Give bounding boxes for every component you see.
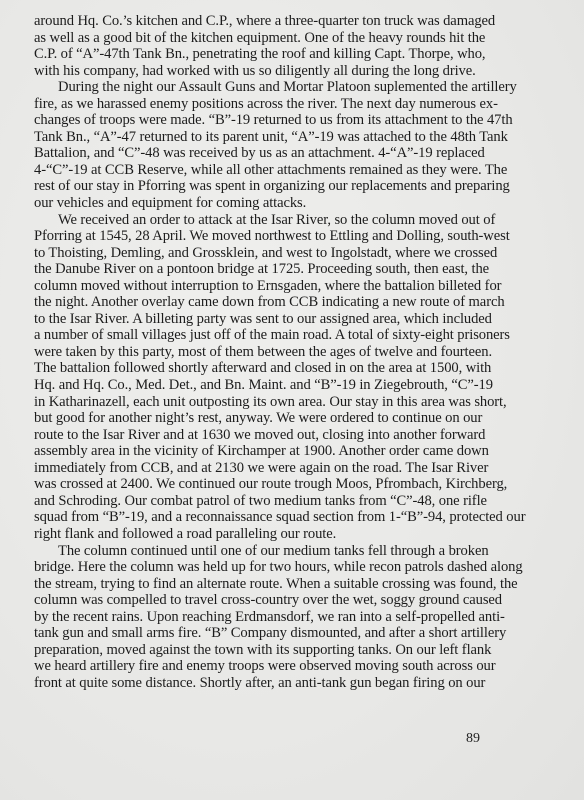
text-line: tank gun and small arms fire. “B” Compan… (34, 625, 479, 642)
text-line: as well as a good bit of the kitchen equ… (34, 30, 479, 47)
text-line: but good for another night’s rest, anywa… (34, 410, 479, 427)
text-line: right flank and followed a road parallel… (34, 526, 479, 543)
text-line: was crossed at 2400. We continued our ro… (34, 476, 479, 493)
text-line: in Katharinazell, each unit outposting i… (34, 394, 479, 411)
text-line: front at quite some distance. Shortly af… (34, 675, 479, 692)
text-line: to Thoisting, Demling, and Grossklein, a… (34, 245, 479, 262)
text-line: column moved without interruption to Ern… (34, 278, 479, 295)
paragraph: around Hq. Co.’s kitchen and C.P., where… (34, 13, 479, 79)
text-line: column was compelled to travel cross-cou… (34, 592, 479, 609)
text-line: to the Isar River. A billeting party was… (34, 311, 479, 328)
text-line: with his company, had worked with us so … (34, 63, 479, 80)
paragraph: The column continued until one of our me… (34, 543, 479, 692)
text-line: The battalion followed shortly afterward… (34, 360, 479, 377)
text-line: squad from “B”-19, and a reconnaissance … (34, 509, 479, 526)
text-line: were taken by this party, most of them b… (34, 344, 479, 361)
text-line: We received an order to attack at the Is… (34, 212, 479, 229)
text-line: immediately from CCB, and at 2130 we wer… (34, 460, 479, 477)
text-line: C.P. of “A”-47th Tank Bn., penetrating t… (34, 46, 479, 63)
paragraph: During the night our Assault Guns and Mo… (34, 79, 479, 211)
text-line: we heard artillery fire and enemy troops… (34, 658, 479, 675)
text-line: Pforring at 1545, 28 April. We moved nor… (34, 228, 479, 245)
text-line: the stream, trying to find an alternate … (34, 576, 479, 593)
text-line: route to the Isar River and at 1630 we m… (34, 427, 479, 444)
text-line: preparation, moved against the town with… (34, 642, 479, 659)
text-line: and Schroding. Our combat patrol of two … (34, 493, 479, 510)
text-line: assembly area in the vicinity of Kircham… (34, 443, 479, 460)
page-number: 89 (466, 731, 480, 747)
body-text: around Hq. Co.’s kitchen and C.P., where… (34, 13, 479, 691)
text-line: the Danube River on a pontoon bridge at … (34, 261, 479, 278)
text-line: Tank Bn., “A”-47 returned to its parent … (34, 129, 479, 146)
text-line: rest of our stay in Pforring was spent i… (34, 178, 479, 195)
text-line: our vehicles and equipment for coming at… (34, 195, 479, 212)
text-line: 4-“C”-19 at CCB Reserve, while all other… (34, 162, 479, 179)
text-line: a number of small villages just off of t… (34, 327, 479, 344)
text-line: bridge. Here the column was held up for … (34, 559, 479, 576)
text-line: around Hq. Co.’s kitchen and C.P., where… (34, 13, 479, 30)
text-line: Hq. and Hq. Co., Med. Det., and Bn. Main… (34, 377, 479, 394)
text-line: fire, as we harassed enemy positions acr… (34, 96, 479, 113)
text-line: changes of troops were made. “B”-19 retu… (34, 112, 479, 129)
text-line: Battalion, and “C”-48 was received by us… (34, 145, 479, 162)
paragraph: We received an order to attack at the Is… (34, 212, 479, 543)
text-line: During the night our Assault Guns and Mo… (34, 79, 479, 96)
document-page: around Hq. Co.’s kitchen and C.P., where… (0, 0, 584, 800)
text-line: The column continued until one of our me… (34, 543, 479, 560)
text-line: by the recent rains. Upon reaching Erdma… (34, 609, 479, 626)
text-line: the night. Another overlay came down fro… (34, 294, 479, 311)
